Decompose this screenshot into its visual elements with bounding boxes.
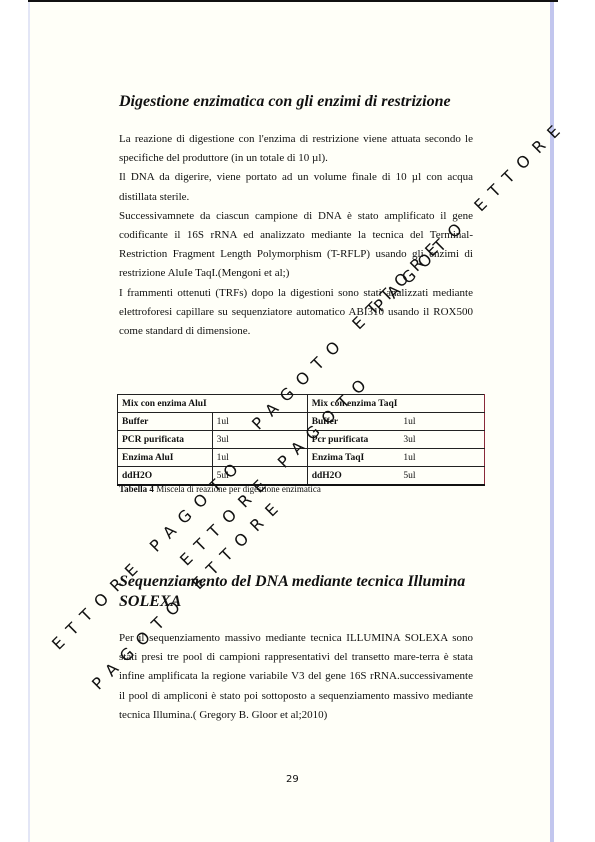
table-row: ddH2O 5ul ddH2O 5ul (118, 467, 485, 486)
cell-label: Enzima AluI (118, 449, 213, 467)
caption-text: Miscela di reazione per digestione enzim… (154, 484, 321, 494)
section1-body: La reazione di digestione con l'enzima d… (119, 130, 473, 341)
cell-value: 1ul (399, 413, 484, 431)
paragraph: Il DNA da digerire, viene portato ad un … (119, 168, 473, 206)
page-number: 29 (286, 774, 299, 785)
cell-label: PCR purificata (118, 431, 213, 449)
section2-body: Per il sequenziamento massivo mediante t… (119, 629, 473, 725)
cell-label: ddH2O (118, 467, 213, 486)
section-heading-digestione: Digestione enzimatica con gli enzimi di … (119, 92, 499, 112)
cell-value: 5ul (399, 467, 484, 486)
table-row: Buffer 1ul Buffer 1ul (118, 413, 485, 431)
page-top-border (28, 0, 558, 2)
paragraph: I frammenti ottenuti (TRFs) dopo la dige… (119, 284, 473, 342)
caption-label: Tabella 4 (119, 484, 154, 494)
cell-label: Buffer (118, 413, 213, 431)
cell-label: ddH2O (307, 467, 399, 486)
paragraph: Per il sequenziamento massivo mediante t… (119, 629, 473, 725)
cell-value: 3ul (399, 431, 484, 449)
cell-label: Enzima TaqI (307, 449, 399, 467)
paragraph: La reazione di digestione con l'enzima d… (119, 130, 473, 168)
cell-value: 1ul (399, 449, 484, 467)
